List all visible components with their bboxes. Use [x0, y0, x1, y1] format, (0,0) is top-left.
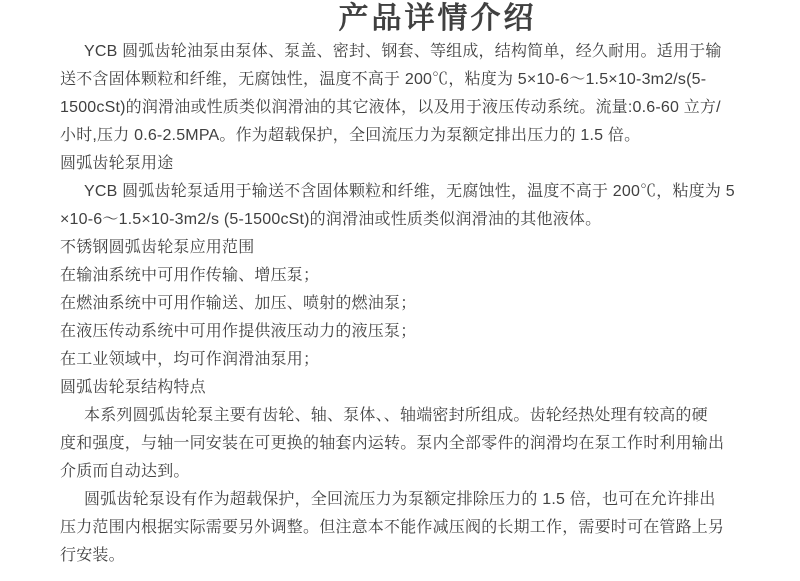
document-body: YCB 圆弧齿轮油泵由泵体、泵盖、密封、钢套、等组成，结构简单，经久耐用。适用于… [60, 38, 745, 570]
document-line: 送不含固体颗粒和纤维，无腐蚀性，温度不高于 200℃，粘度为 5×10-6～1.… [60, 66, 745, 94]
document-line: 介质而自动达到。 [60, 458, 745, 486]
document-line: 1500cSt)的润滑油或性质类似润滑油的其它液体，以及用于液压传动系统。流量:… [60, 94, 745, 122]
document-line: YCB 圆弧齿轮泵适用于输送不含固体颗粒和纤维，无腐蚀性，温度不高于 200℃，… [60, 178, 745, 206]
document-line: 在输油系统中可用作传输、增压泵； [60, 262, 745, 290]
document-line: 本系列圆弧齿轮泵主要有齿轮、轴、泵体、、轴端密封所组成。齿轮经热处理有较高的硬 [60, 402, 745, 430]
document-line: ×10-6～1.5×10-3m2/s (5-1500cSt)的润滑油或性质类似润… [60, 206, 745, 234]
document-line: 小时,压力 0.6-2.5MPA。作为超载保护，全回流压力为泵额定排出压力的 1… [60, 122, 745, 150]
document-line: YCB 圆弧齿轮油泵由泵体、泵盖、密封、钢套、等组成，结构简单，经久耐用。适用于… [60, 38, 745, 66]
document-line: 行安装。 [60, 542, 745, 570]
document-line: 压力范围内根据实际需要另外调整。但注意本不能作减压阀的长期工作，需要时可在管路上… [60, 514, 745, 542]
document-line: 在工业领域中，均可作润滑油泵用； [60, 346, 745, 374]
document-line: 度和强度，与轴一同安装在可更换的轴套内运转。泵内全部零件的润滑均在泵工作时利用输… [60, 430, 745, 458]
page-title: 产品详情介绍 [60, 0, 745, 38]
product-detail-document: 产品详情介绍 YCB 圆弧齿轮油泵由泵体、泵盖、密封、钢套、等组成，结构简单，经… [0, 0, 800, 570]
section-heading: 不锈钢圆弧齿轮泵应用范围 [60, 234, 745, 262]
document-line: 在液压传动系统中可用作提供液压动力的液压泵； [60, 318, 745, 346]
document-line: 圆弧齿轮泵设有作为超载保护，全回流压力为泵额定排除压力的 1.5 倍，也可在允许… [60, 486, 745, 514]
document-line: 在燃油系统中可用作输送、加压、喷射的燃油泵； [60, 290, 745, 318]
section-heading: 圆弧齿轮泵结构特点 [60, 374, 745, 402]
section-heading: 圆弧齿轮泵用途 [60, 150, 745, 178]
product-detail-page: { "document": { "title": "产品详情介绍", "text… [0, 0, 800, 581]
